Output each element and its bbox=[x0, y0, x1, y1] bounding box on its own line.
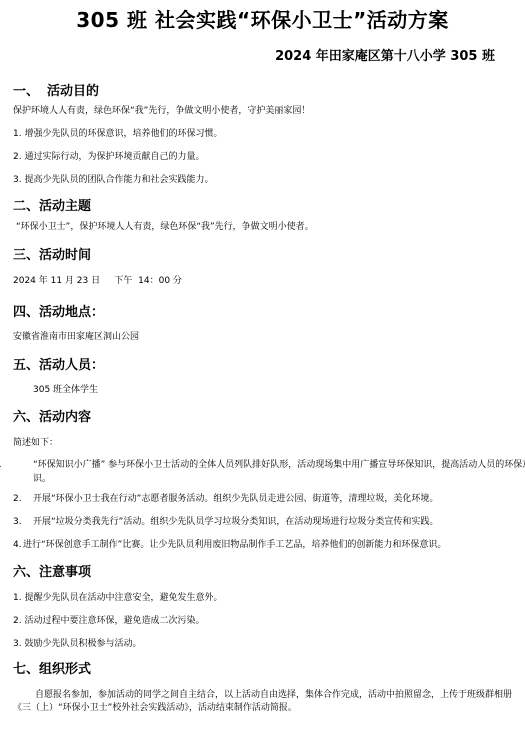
time-body: 2024 年 11 月 23 日 下午 14：00 分 bbox=[13, 275, 182, 287]
section-title: 组织形式 bbox=[39, 662, 91, 677]
section-heading-time: 三、活动时间 bbox=[13, 244, 91, 263]
theme-body: “环保小卫士”，保护环境人人有责，绿色环保“我”先行，争做文明小使者。 bbox=[16, 221, 314, 233]
section-heading-theme: 二、活动主题 bbox=[13, 195, 91, 214]
section-title: 活动时间 bbox=[39, 248, 91, 263]
section-title: 活动内容 bbox=[39, 410, 91, 425]
purpose-intro: 保护环境人人有责，绿色环保“我”先行，争做文明小使者，守护美丽家园！ bbox=[13, 105, 310, 117]
participants-body: 305 班全体学生 bbox=[33, 384, 98, 396]
section-number: 三、 bbox=[13, 244, 39, 263]
section-title: 活动地点： bbox=[39, 305, 104, 320]
section-title: 活动目的 bbox=[47, 84, 99, 99]
notes-item: 3. 鼓励少先队员积极参与活动。 bbox=[13, 638, 141, 650]
content-item: 4.进行“环保创意手工制作”比赛。让少先队员利用废旧物品制作手工艺品，培养他们的… bbox=[13, 538, 518, 552]
document-subtitle: 2024 年田家庵区第十八小学 305 班 bbox=[275, 45, 495, 64]
document-title: 305 班 社会实践“环保小卫士”活动方案 bbox=[0, 4, 525, 33]
section-title: 活动人员： bbox=[39, 358, 104, 373]
section-heading-content: 六、活动内容 bbox=[13, 406, 91, 425]
purpose-item: 2. 通过实际行动，为保护环境贡献自己的力量。 bbox=[13, 151, 204, 163]
location-body: 安徽省淮南市田家庵区洞山公园 bbox=[13, 331, 139, 343]
section-number: 六、 bbox=[13, 561, 39, 580]
notes-item: 2. 活动过程中要注意环保，避免造成二次污染。 bbox=[13, 615, 204, 627]
section-number: 二、 bbox=[13, 195, 39, 214]
section-number: 四、 bbox=[13, 301, 39, 320]
section-title: 注意事项 bbox=[39, 565, 91, 580]
section-heading-location: 四、活动地点： bbox=[13, 301, 104, 320]
section-title: 活动主题 bbox=[39, 199, 91, 214]
content-item: 3.开展“垃圾分类我先行”活动。组织少先队员学习垃圾分类知识，在活动现场进行垃圾… bbox=[13, 515, 518, 529]
section-number: 六、 bbox=[13, 406, 39, 425]
content-intro: 简述如下： bbox=[13, 437, 58, 449]
purpose-item: 3. 提高少先队员的团队合作能力和社会实践能力。 bbox=[13, 174, 213, 186]
organization-body: 自愿报名参加，参加活动的同学之间自主结合，以上活动自由选择，集体合作完成，活动中… bbox=[13, 689, 518, 715]
section-number: 一、 bbox=[13, 80, 47, 99]
section-number: 七、 bbox=[13, 658, 39, 677]
section-heading-participants: 五、活动人员： bbox=[13, 354, 104, 373]
section-heading-purpose: 一、活动目的 bbox=[13, 80, 99, 99]
section-heading-organization: 七、组织形式 bbox=[13, 658, 91, 677]
notes-item: 1. 提醒少先队员在活动中注意安全，避免发生意外。 bbox=[13, 592, 222, 604]
section-number: 五、 bbox=[13, 354, 39, 373]
content-item: 1.“环保知识小广播” 参与环保小卫士活动的全体人员列队排好队形，活动现场集中用… bbox=[13, 458, 525, 486]
section-heading-notes: 六、注意事项 bbox=[13, 561, 91, 580]
purpose-item: 1. 增强少先队员的环保意识，培养他们的环保习惯。 bbox=[13, 128, 222, 140]
content-item: 2.开展“环保小卫士我在行动”志愿者服务活动。组织少先队员走进公园、街道等，清理… bbox=[13, 492, 518, 506]
